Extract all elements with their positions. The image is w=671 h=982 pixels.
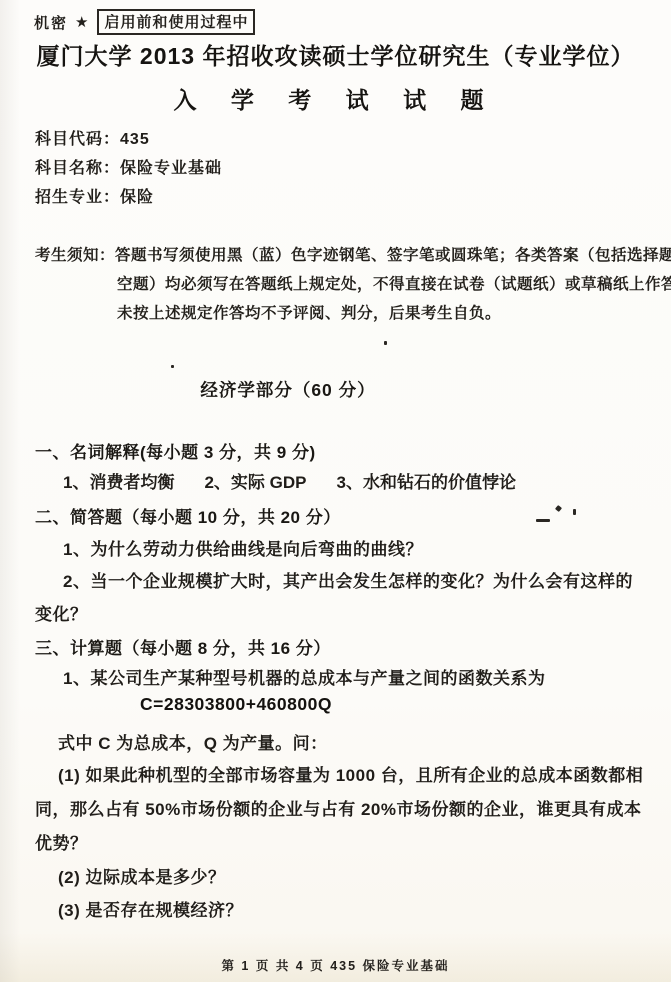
q3-subquestion-3: (3) 是否存在规模经济？: [58, 896, 243, 921]
q3-formula-note: 式中 C 为总成本，Q 为产量。问：: [58, 729, 328, 754]
major-row: 招生专业：保险: [35, 184, 154, 207]
subject-name-row: 科目名称：保险专业基础: [35, 155, 222, 178]
q1-item-2: 2、实际 GDP: [204, 468, 306, 493]
scan-artifact: [171, 365, 174, 368]
activation-period-box: 启用前和使用过程中: [97, 9, 255, 35]
subject-code-label: 科目代码：: [35, 131, 120, 148]
scan-artifact: [536, 519, 550, 522]
q1-item-1: 1、消费者均衡: [63, 468, 174, 493]
q1-item-3: 3、水和钻石的价值悖论: [337, 468, 516, 493]
section-title-economics: 经济学部分（60 分）: [0, 377, 576, 402]
scan-artifact: [384, 341, 387, 345]
q2-item-2: 2、当一个企业规模扩大时，其产出会发生怎样的变化？为什么会有这样的变化？: [35, 565, 643, 631]
exam-title-line2: 入 学 考 试 试 题: [0, 82, 671, 115]
exam-paper-page: 机密 ★ 启用前和使用过程中 厦门大学 2013 年招收攻读硕士学位研究生（专业…: [0, 0, 671, 982]
notice-label: 考生须知：: [35, 247, 115, 264]
notice-text: 答题书写须使用黑（蓝）色字迹钢笔、签字笔或圆珠笔；各类答案（包括选择题、填空题）…: [115, 247, 671, 322]
q3-intro: 1、某公司生产某种型号机器的总成本与产量之间的函数关系为: [63, 664, 545, 689]
q3-cost-formula: C=28303800+460800Q: [140, 694, 332, 715]
classification-line: 机密 ★ 启用前和使用过程中: [34, 9, 255, 35]
scan-artifact: [573, 509, 576, 515]
examinee-notice: 考生须知：答题书写须使用黑（蓝）色字迹钢笔、签字笔或圆珠笔；各类答案（包括选择题…: [35, 241, 671, 328]
q1-items-row: 1、消费者均衡 2、实际 GDP 3、水和钻石的价值悖论: [63, 468, 516, 493]
q3-subquestion-2: (2) 边际成本是多少？: [58, 863, 226, 888]
q1-heading: 一、名词解释(每小题 3 分，共 9 分): [35, 438, 316, 463]
q3-heading: 三、计算题（每小题 8 分，共 16 分）: [35, 634, 331, 659]
star-icon: ★: [75, 13, 90, 31]
major-value: 保险: [120, 189, 154, 206]
subject-name-label: 科目名称：: [35, 160, 120, 177]
major-label: 招生专业：: [35, 189, 120, 206]
exam-title-line1: 厦门大学 2013 年招收攻读硕士学位研究生（专业学位）: [0, 38, 671, 71]
subject-name-value: 保险专业基础: [120, 160, 222, 177]
q3-subquestion-1: (1) 如果此种机型的全部市场容量为 1000 台，且所有企业的总成本函数都相同…: [35, 759, 647, 861]
classification-label: 机密: [34, 12, 68, 33]
page-footer: 第 1 页 共 4 页 435 保险专业基础: [0, 956, 671, 974]
subject-code-row: 科目代码：435: [35, 126, 150, 149]
q2-item-1: 1、为什么劳动力供给曲线是向后弯曲的曲线？: [63, 535, 423, 560]
subject-code-value: 435: [120, 131, 150, 148]
scan-artifact: [555, 505, 562, 512]
q2-heading: 二、简答题（每小题 10 分，共 20 分）: [35, 503, 341, 528]
